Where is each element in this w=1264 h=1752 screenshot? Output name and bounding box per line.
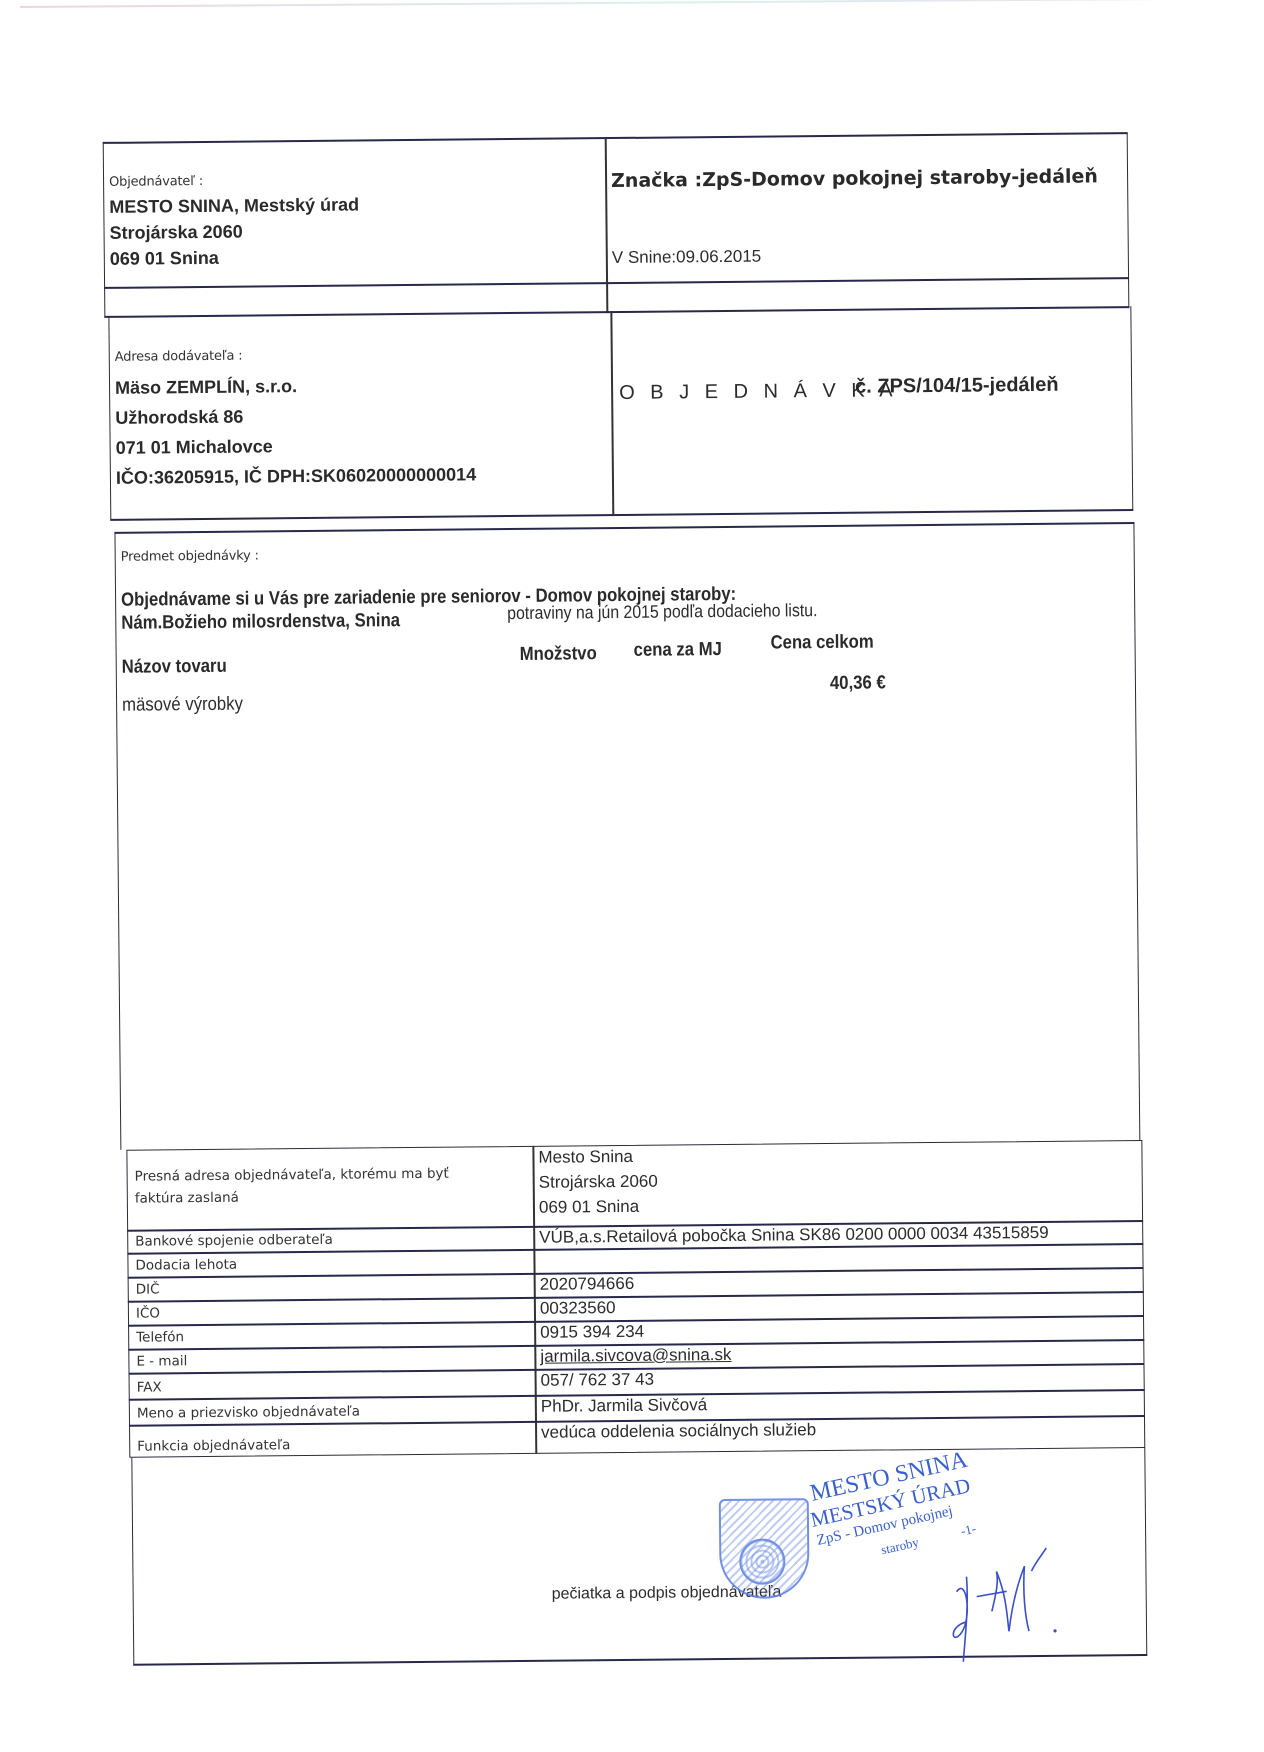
detail-label: Meno a priezvisko objednávateľa	[137, 1404, 360, 1422]
detail-value: PhDr. Jarmila Sivčová	[541, 1395, 707, 1417]
column-header-item: Názov tovaru	[122, 656, 227, 679]
orderer-box	[103, 132, 1130, 318]
detail-value: 2020794666	[540, 1274, 635, 1295]
handwritten-signature-icon	[936, 1536, 1077, 1667]
column-header-total: Cena celkom	[770, 632, 873, 655]
city-coat-of-arms-stamp-icon	[719, 1498, 810, 1599]
supplier-box	[108, 306, 1133, 521]
item-total: 40,36 €	[830, 672, 886, 695]
place-date: V Snine:09.06.2015	[612, 247, 762, 268]
supplier-name: Mäso ZEMPLÍN, s.r.o.	[115, 376, 297, 399]
detail-value: 069 01 Snina	[539, 1197, 639, 1218]
orderer-street: Strojárska 2060	[109, 222, 242, 244]
detail-value: 057/ 762 37 43	[541, 1370, 655, 1391]
detail-label: Presná adresa objednávateľa, ktorému ma …	[135, 1163, 465, 1210]
detail-value: 00323560	[540, 1298, 616, 1319]
detail-label: E - mail	[136, 1353, 187, 1369]
detail-label: Dodacia lehota	[135, 1257, 237, 1274]
detail-label: Bankové spojenie odberateľa	[135, 1232, 333, 1250]
subject-line-2-left: Nám.Božieho milosrdenstva, Snina	[121, 610, 400, 635]
column-header-unit-price: cena za MJ	[634, 639, 722, 662]
orderer-city: 069 01 Snina	[110, 248, 219, 270]
column-header-quantity: Množstvo	[520, 643, 597, 666]
detail-label: IČO	[136, 1305, 160, 1321]
supplier-ids: IČO:36205915, IČ DPH:SK06020000000014	[116, 464, 476, 488]
detail-value: Strojárska 2060	[539, 1172, 658, 1193]
orderer-name: MESTO SNINA, Mestský úrad	[109, 194, 359, 217]
detail-label: Funkcia objednávateľa	[137, 1437, 290, 1454]
supplier-street: Užhorodská 86	[115, 407, 243, 429]
detail-value: 0915 394 234	[540, 1322, 644, 1343]
item-name: mäsové výrobky	[122, 694, 243, 717]
details-rows: Presná adresa objednávateľa, ktorému ma …	[0, 0, 1255, 6]
supplier-city: 071 01 Michalovce	[116, 436, 273, 459]
order-number: č. ZPS/104/15-jedáleň	[855, 374, 1059, 399]
subject-label: Predmet objednávky :	[121, 548, 259, 564]
subject-line-2-right: potraviny na jún 2015 podľa dodacieho li…	[507, 600, 817, 624]
email-link[interactable]: jarmila.sivcova@snina.sk	[540, 1345, 731, 1367]
orderer-label: Objednávateľ :	[109, 174, 203, 190]
detail-value: vedúca oddelenia sociálnych služieb	[541, 1420, 816, 1443]
emblem-icon	[739, 1538, 785, 1584]
detail-label: DIČ	[136, 1281, 160, 1297]
supplier-label: Adresa dodávateľa :	[115, 349, 243, 365]
detail-label: Telefón	[136, 1329, 184, 1345]
reference-mark: Značka :ZpS-Domov pokojnej staroby-jedál…	[611, 165, 1098, 192]
detail-value: Mesto Snina	[538, 1147, 633, 1168]
order-form-page: Objednávateľ : MESTO SNINA, Mestský úrad…	[0, 0, 1264, 1752]
detail-label: FAX	[137, 1379, 162, 1395]
